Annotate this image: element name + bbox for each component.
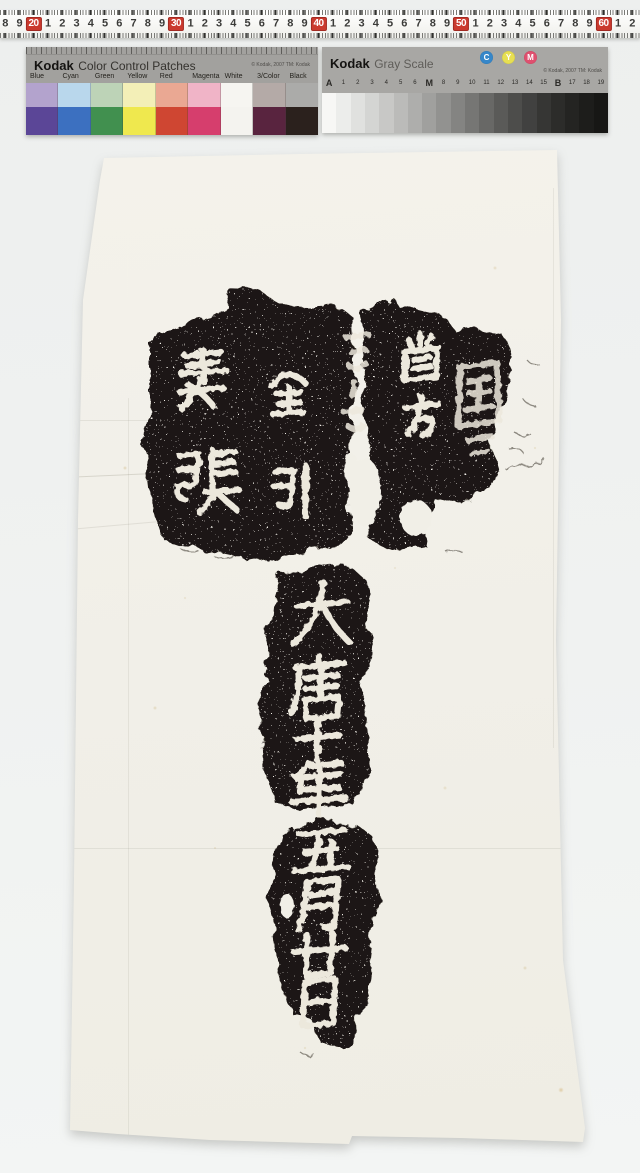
gray-card-header: Kodak Gray Scale [330,55,434,71]
ruler-unit-label: 4 [373,19,379,30]
color-patch [58,83,90,107]
ruler-unit-label: 9 [301,19,307,30]
color-patch-label: Black [286,73,318,80]
kodak-brand: Kodak [330,56,370,71]
ruler-unit-label: 5 [387,19,393,30]
color-patch [253,107,285,135]
color-patch [286,83,318,107]
color-patch-label: Green [91,73,123,80]
ruler-unit-label: 2 [59,19,65,30]
digitization-photo: 8920123456789301234567894012345678950123… [0,0,640,1173]
ruler-unit-label: 6 [116,19,122,30]
ruler-unit-label: 4 [230,19,236,30]
color-patch [221,83,253,107]
color-card-title: Color Control Patches [78,59,195,73]
ruler-unit-label: 1 [45,19,51,30]
color-patch-label: Cyan [58,73,90,80]
color-patch [156,83,188,107]
gray-step [494,93,508,133]
ruler-decade-label: 30 [168,17,184,31]
rubbing-paper-sheet [65,148,587,1150]
ruler-unit-label: 4 [88,19,94,30]
gray-step [394,93,408,133]
ruler-unit-label: 9 [16,19,22,30]
paper-crease [73,463,373,477]
color-patch [58,107,90,135]
color-card-copyright: © Kodak, 2007 TM: Kodak [251,62,310,68]
ruler-unit-label: 6 [401,19,407,30]
color-patch-label: Red [156,73,188,80]
color-patch [91,107,123,135]
gray-step-label: 1 [336,80,350,86]
gray-step-label: M [422,78,436,88]
gray-step [479,93,493,133]
cyan-dot-icon: C [480,51,493,64]
gray-step [551,93,565,133]
gray-step [322,93,336,133]
rubbing-paper-wrap [65,148,587,1150]
ruler-unit-label: 3 [73,19,79,30]
ruler-unit-label: 2 [344,19,350,30]
gray-step-label: 19 [594,80,608,86]
color-patch-labels: BlueCyanGreenYellowRedMagentaWhite3/Colo… [26,73,318,80]
paper-fold [128,398,129,1138]
gray-step-label: 12 [494,80,508,86]
gray-step-label: 10 [465,80,479,86]
color-patch-label: Blue [26,73,58,80]
paper-crease [77,504,356,529]
gray-step-label: 3 [365,80,379,86]
color-patch [188,83,220,107]
ruler-unit-label: 2 [629,19,635,30]
color-patch-row-saturated [26,107,318,135]
ruler-unit-label: 9 [159,19,165,30]
color-patch-row-light [26,83,318,107]
yellow-dot-icon: Y [502,51,515,64]
gray-step-label: A [322,78,336,88]
gray-step-label: 6 [408,80,422,86]
color-card-header: Kodak Color Control Patches © Kodak, 200… [34,57,312,71]
ruler-unit-label: 7 [415,19,421,30]
cym-dots: C Y M [480,51,537,64]
ruler-unit-label: 9 [444,19,450,30]
gray-step-label: B [551,78,565,88]
color-patch-rows [26,83,318,135]
color-patch [188,107,220,135]
ruler-unit-label: 2 [487,19,493,30]
gray-step [351,93,365,133]
gray-step-label: 9 [451,80,465,86]
gray-step [436,93,450,133]
color-patch-label: White [221,73,253,80]
gray-step-label: 8 [436,80,450,86]
ruler-unit-label: 8 [572,19,578,30]
color-patch-label: 3/Color [253,73,285,80]
ruler-unit-label: 6 [259,19,265,30]
gray-step [451,93,465,133]
gray-step [465,93,479,133]
gray-step [379,93,393,133]
gray-step [422,93,436,133]
kodak-color-control-patches-card: Kodak Color Control Patches © Kodak, 200… [26,47,318,135]
color-patch [286,107,318,135]
gray-card-copyright: © Kodak, 2007 TM: Kodak [543,68,602,74]
ruler-unit-label: 3 [358,19,364,30]
gray-step-label: 17 [565,80,579,86]
ruler-unit-label: 6 [544,19,550,30]
ruler-unit-label: 7 [558,19,564,30]
card-mini-ruler [26,47,318,55]
ruler-decade-label: 40 [310,17,326,31]
color-patch [91,83,123,107]
magenta-dot-icon: M [524,51,537,64]
gray-step-label: 5 [394,80,408,86]
gray-step-labels: A123456M89101112131415B171819 [322,78,608,88]
gray-step [522,93,536,133]
color-patch-label: Magenta [188,73,220,80]
gray-step [408,93,422,133]
ruler-unit-label: 2 [202,19,208,30]
ruler-unit-label: 3 [216,19,222,30]
ruler-unit-label: 1 [330,19,336,30]
ruler-unit-label: 5 [529,19,535,30]
gray-step-label: 11 [479,80,493,86]
ruler-unit-label: 8 [2,19,8,30]
ruler-unit-label: 8 [430,19,436,30]
gray-steps [322,93,608,133]
color-patch [26,107,58,135]
gray-step-label: 4 [379,80,393,86]
ruler-unit-label: 9 [586,19,592,30]
ruler-unit-label: 7 [130,19,136,30]
ruler-unit-label: 5 [244,19,250,30]
gray-step [508,93,522,133]
ruler-unit-label: 3 [501,19,507,30]
ruler-unit-label: 8 [145,19,151,30]
ruler-unit-label: 4 [515,19,521,30]
gray-step-label: 15 [537,80,551,86]
color-patch [253,83,285,107]
gray-step [579,93,593,133]
gray-step [537,93,551,133]
ruler-unit-label: 7 [273,19,279,30]
gray-step [565,93,579,133]
ruler-decade-label: 50 [453,17,469,31]
ruler-unit-label: 1 [615,19,621,30]
paper-crease [73,420,253,421]
paper-crease [65,848,587,849]
color-patch [123,107,155,135]
ruler-unit-label: 5 [102,19,108,30]
color-patch [123,83,155,107]
gray-card-title: Gray Scale [374,57,433,71]
ruler: 8920123456789301234567894012345678950123… [0,10,640,38]
gray-step-label: 13 [508,80,522,86]
kodak-brand: Kodak [34,58,74,73]
gray-step [365,93,379,133]
ruler-decade-label: 20 [25,17,41,31]
ruler-unit-label: 8 [287,19,293,30]
gray-step-label: 2 [351,80,365,86]
color-patch [26,83,58,107]
gray-step-label: 14 [522,80,536,86]
color-patch-label: Yellow [123,73,155,80]
ruler-unit-label: 1 [187,19,193,30]
color-patch [156,107,188,135]
ruler-decade-label: 60 [595,17,611,31]
paper-fold [553,188,554,748]
gray-step [594,93,608,133]
kodak-gray-scale-card: Kodak Gray Scale C Y M © Kodak, 2007 TM:… [322,47,608,133]
gray-step-label: 18 [579,80,593,86]
color-patch [221,107,253,135]
gray-step [336,93,350,133]
ruler-unit-label: 1 [472,19,478,30]
